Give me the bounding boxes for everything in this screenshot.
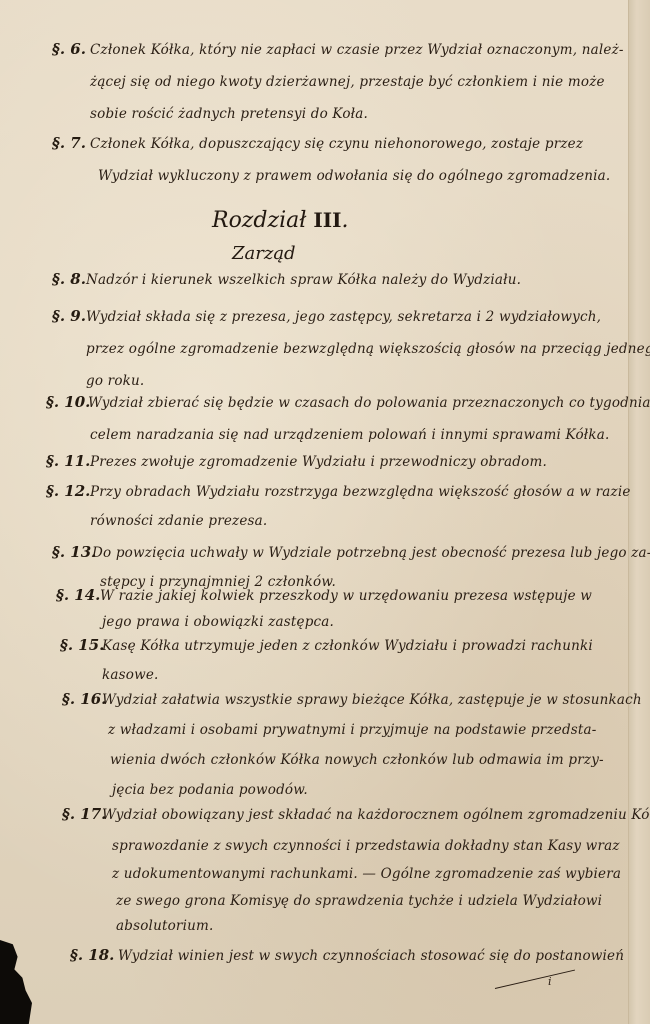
paragraph-number: §. 11. bbox=[46, 452, 90, 470]
paragraph-line: Kasę Kółka utrzymuje jeden z członków Wy… bbox=[102, 638, 593, 654]
paragraph-number: §. 12. bbox=[46, 482, 90, 500]
paragraph-line: równości zdanie prezesa. bbox=[90, 513, 267, 529]
paragraph-number: §. 15. bbox=[60, 636, 104, 654]
document-page: §. 6. Członek Kółka, który nie zapłaci w… bbox=[0, 0, 650, 1024]
chapter-subtitle: Zarząd bbox=[232, 243, 296, 264]
paragraph-line: przez ogólne zgromadzenie bezwzględną wi… bbox=[86, 341, 650, 357]
paragraph-line: Wydział obowiązany jest składać na każdo… bbox=[102, 807, 650, 823]
paragraph-line: Wydział załatwia wszystkie sprawy bieżąc… bbox=[102, 692, 642, 708]
paragraph-line: W razie jakiej kolwiek przeszkody w urzę… bbox=[100, 588, 592, 604]
paragraph-line: Wydział zbierać się będzie w czasach do … bbox=[88, 395, 650, 411]
paragraph-line: ze swego grona Komisyę do sprawdzenia ty… bbox=[116, 893, 602, 909]
paragraph-line: z władzami i osobami prywatnymi i przyjm… bbox=[108, 722, 597, 738]
paragraph-line: Wydział winien jest w swych czynnościach… bbox=[118, 948, 624, 964]
catchword-mark: i bbox=[548, 975, 552, 988]
chapter-number: III bbox=[313, 208, 341, 232]
paragraph-line: sobie rościć żadnych pretensyi do Koła. bbox=[90, 106, 368, 122]
paragraph-line: Prezes zwołuje zgromadzenie Wydziału i p… bbox=[90, 454, 547, 470]
paragraph-number: §. 18. bbox=[70, 946, 114, 964]
paragraph-number: §. 10. bbox=[46, 393, 90, 411]
torn-corner bbox=[0, 940, 32, 1024]
paragraph-number: §. 13. bbox=[52, 543, 96, 561]
paragraph-line: kasowe. bbox=[102, 667, 159, 683]
paragraph-line: go roku. bbox=[86, 373, 144, 389]
paragraph-line: absolutorium. bbox=[116, 918, 213, 934]
catchword-stroke bbox=[495, 970, 575, 989]
paragraph-number: §. 16. bbox=[62, 690, 106, 708]
paragraph-line: z udokumentowanymi rachunkami. — Ogólne … bbox=[112, 866, 621, 882]
paragraph-line: Wydział składa się z prezesa, jego zastę… bbox=[86, 309, 601, 325]
paragraph-line: jego prawa i obowiązki zastępca. bbox=[102, 614, 334, 630]
paragraph-line: żącej się od niego kwoty dzierżawnej, pr… bbox=[90, 74, 605, 90]
paragraph-line: celem naradzania się nad urządzeniem pol… bbox=[90, 427, 610, 443]
paragraph-line: Nadzór i kierunek wszelkich spraw Kółka … bbox=[86, 272, 521, 288]
paragraph-line: Przy obradach Wydziału rozstrzyga bezwzg… bbox=[90, 484, 631, 500]
paragraph-number: §. 14. bbox=[56, 586, 100, 604]
paragraph-line: Członek Kółka, który nie zapłaci w czasi… bbox=[90, 42, 624, 58]
page-fold bbox=[628, 0, 650, 1024]
paragraph-number: §. 7. bbox=[52, 134, 86, 152]
paragraph-line: Członek Kółka, dopuszczający się czynu n… bbox=[90, 136, 583, 152]
paragraph-line: Wydział wykluczony z prawem odwołania si… bbox=[98, 168, 610, 184]
paragraph-number: §. 8. bbox=[52, 270, 86, 288]
chapter-title: Rozdział III. bbox=[212, 208, 348, 233]
paragraph-line: wienia dwóch członków Kółka nowych człon… bbox=[110, 752, 604, 768]
paragraph-number: §. 6. bbox=[52, 40, 86, 58]
paragraph-line: jęcia bez podania powodów. bbox=[112, 782, 308, 798]
chapter-period: . bbox=[341, 208, 348, 233]
paragraph-line: Do powzięcia uchwały w Wydziale potrzebn… bbox=[92, 545, 650, 561]
chapter-label: Rozdział bbox=[212, 208, 306, 233]
paragraph-number: §. 9. bbox=[52, 307, 86, 325]
paragraph-line: sprawozdanie z swych czynności i przedst… bbox=[112, 838, 620, 854]
paragraph-number: §. 17. bbox=[62, 805, 106, 823]
